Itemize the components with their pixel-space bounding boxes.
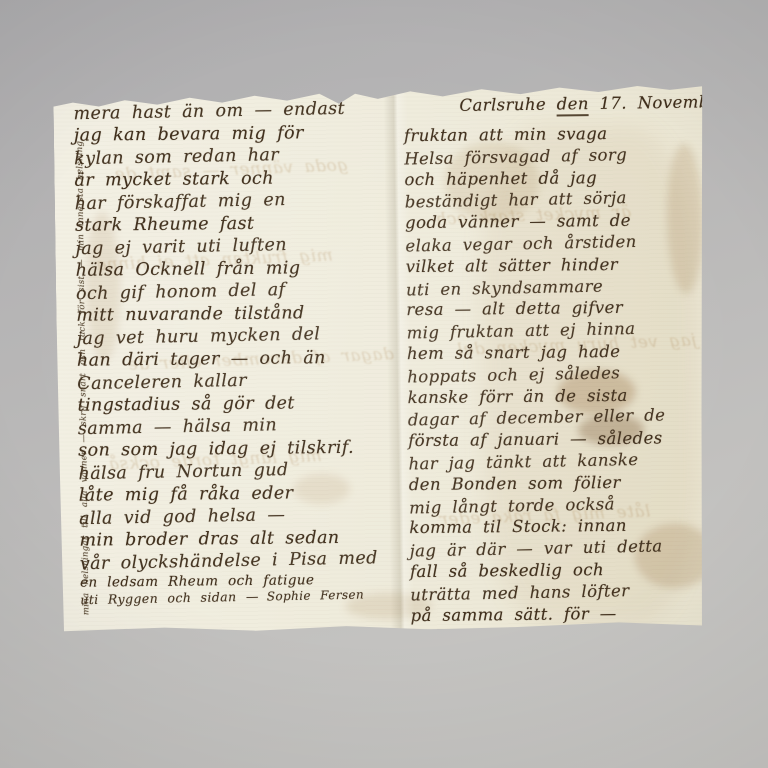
handwriting-line: på samma sätt. för — [410,602,702,627]
signature: Sophie Fersen [267,587,365,603]
right-page: Carlsruhe den 17. November fruktan att m… [403,90,702,627]
left-page: mera hast än om — endast jag kan bevara … [73,98,402,607]
letter-paper: goda vänner — samt de mig fruktan att ej… [53,83,710,634]
photograph-of-letter: goda vänner — samt de mig fruktan att ej… [0,0,768,768]
letter-heading: Carlsruhe den 17. November [403,90,695,120]
heading-underlined-word: den [557,94,589,116]
handwriting-fragment: uti Ryggen och sidan — [80,588,259,607]
heading-date: 17. November [599,92,728,113]
heading-place: Carlsruhe [459,95,546,115]
